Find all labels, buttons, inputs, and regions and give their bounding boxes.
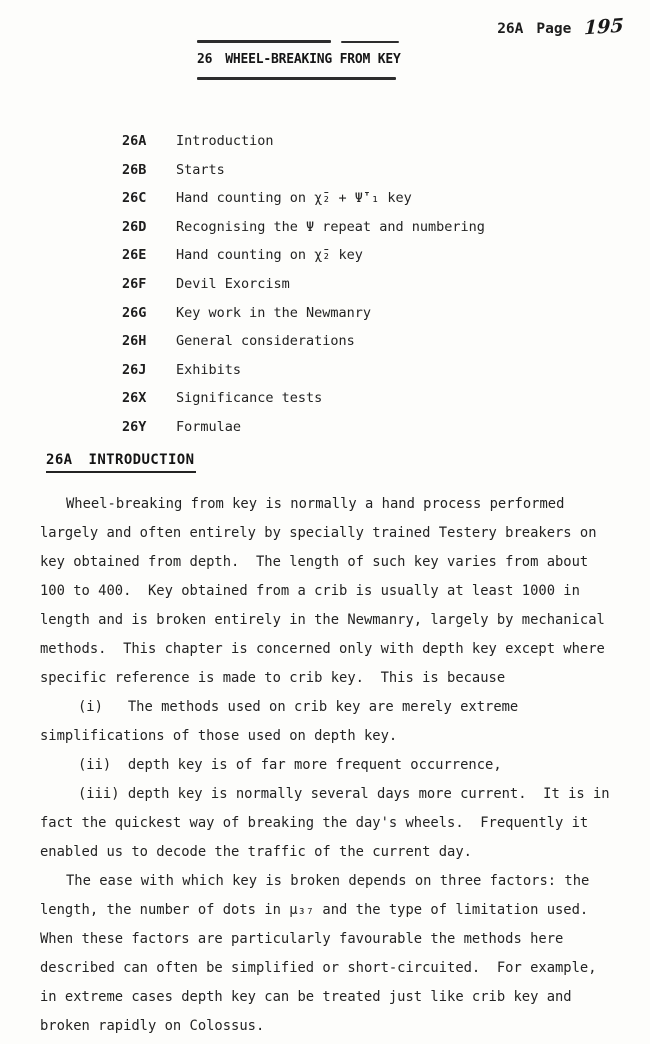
toc-item: 26C Hand counting on χ̄₂ + Ψ̄'₁ key — [122, 190, 485, 219]
body-paragraph-item-ii: (ii) depth key is of far more frequent o… — [40, 751, 614, 780]
toc-item-label: Starts — [176, 162, 225, 178]
toc-item-id: 26X — [122, 390, 176, 406]
toc-item-id: 26A — [122, 133, 176, 149]
section-id: 26A — [46, 452, 73, 468]
toc-item: 26D Recognising the Ψ repeat and numberi… — [122, 219, 485, 248]
chapter-title: WHEEL-BREAKING FROM KEY — [225, 52, 400, 67]
toc-item-id: 26G — [122, 305, 176, 321]
toc-item: 26B Starts — [122, 162, 485, 191]
toc-item-label: Recognising the Ψ repeat and numbering — [176, 219, 485, 235]
toc-item: 26Y Formulae — [122, 419, 485, 448]
toc-item-id: 26Y — [122, 419, 176, 435]
toc-item-label: Significance tests — [176, 390, 322, 406]
document-page: 26A Page 195 26 WHEEL-BREAKING FROM KEY … — [0, 0, 650, 1044]
toc-item-id: 26H — [122, 333, 176, 349]
toc-item-id: 26F — [122, 276, 176, 292]
toc-item-id: 26C — [122, 190, 176, 206]
toc-item-label: Devil Exorcism — [176, 276, 290, 292]
body-paragraph-item-iii: (iii) depth key is normally several days… — [40, 780, 614, 867]
title-rule-top — [197, 40, 403, 43]
body-text: Wheel-breaking from key is normally a ha… — [40, 490, 614, 1041]
header-page-label: Page — [536, 21, 571, 37]
title-rule-bottom — [197, 77, 403, 80]
body-paragraph: The ease with which key is broken depend… — [40, 867, 614, 1041]
toc-item-id: 26J — [122, 362, 176, 378]
toc-item-label: Hand counting on χ̄₂ + Ψ̄'₁ key — [176, 190, 412, 206]
toc-item-label: Introduction — [176, 133, 274, 149]
toc-item: 26F Devil Exorcism — [122, 276, 485, 305]
table-of-contents: 26A Introduction 26B Starts 26C Hand cou… — [122, 133, 485, 448]
body-paragraph: Wheel-breaking from key is normally a ha… — [40, 490, 614, 693]
page-header: 26A Page 195 — [497, 16, 624, 38]
chapter-title-line: 26 WHEEL-BREAKING FROM KEY — [197, 52, 403, 67]
rule-segment — [341, 41, 399, 44]
rule-segment — [197, 77, 396, 80]
toc-item: 26H General considerations — [122, 333, 485, 362]
rule-segment — [197, 40, 331, 43]
toc-item-label: Key work in the Newmanry — [176, 305, 371, 321]
toc-item-label: Hand counting on χ̄₂ key — [176, 247, 363, 263]
toc-item-id: 26D — [122, 219, 176, 235]
toc-item-id: 26B — [122, 162, 176, 178]
toc-item: 26E Hand counting on χ̄₂ key — [122, 247, 485, 276]
body-paragraph-item-i: (i) The methods used on crib key are mer… — [40, 693, 614, 751]
toc-item-label: General considerations — [176, 333, 355, 349]
toc-item: 26G Key work in the Newmanry — [122, 305, 485, 334]
header-section-ref: 26A — [497, 21, 523, 37]
toc-item: 26J Exhibits — [122, 362, 485, 391]
section-heading: 26A INTRODUCTION — [46, 452, 196, 473]
toc-item-label: Exhibits — [176, 362, 241, 378]
toc-item-label: Formulae — [176, 419, 241, 435]
chapter-number: 26 — [197, 52, 212, 67]
toc-item: 26A Introduction — [122, 133, 485, 162]
toc-item-id: 26E — [122, 247, 176, 263]
header-page-number: 195 — [584, 15, 624, 40]
section-title: INTRODUCTION — [89, 452, 195, 468]
chapter-title-block: 26 WHEEL-BREAKING FROM KEY — [197, 40, 403, 80]
toc-item: 26X Significance tests — [122, 390, 485, 419]
